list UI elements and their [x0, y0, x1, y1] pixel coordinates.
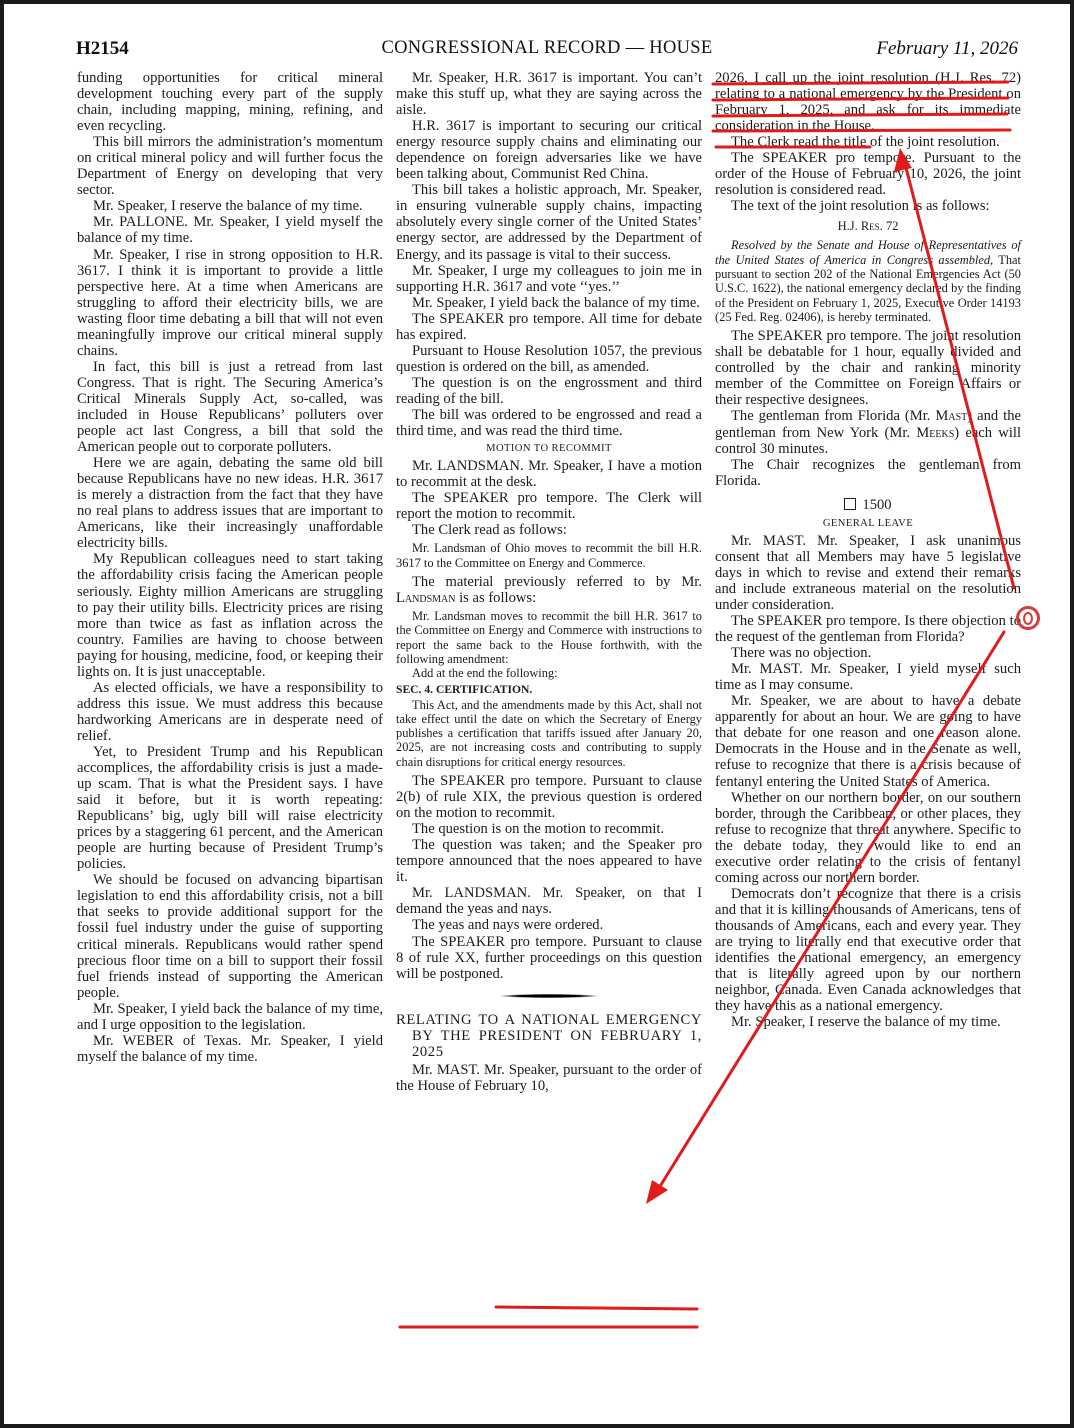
- resolution-text: Resolved by the Senate and House of Repr…: [715, 238, 1021, 324]
- paragraph: Democrats don’t recognize that there is …: [715, 886, 1021, 1014]
- paragraph: This bill mirrors the administration’s m…: [77, 134, 383, 198]
- paragraph: Mr. LANDSMAN. Mr. Speaker, I have a moti…: [396, 458, 702, 490]
- paragraph: The SPEAKER pro tempore. The Clerk will …: [396, 490, 702, 522]
- paragraph: Mr. Speaker, I yield back the balance of…: [77, 1001, 383, 1033]
- paragraph: Mr. Speaker, I rise in strong opposition…: [77, 247, 383, 359]
- paragraph: In fact, this bill is just a retread fro…: [77, 359, 383, 455]
- paragraph: We should be focused on advancing bipart…: [77, 872, 383, 1000]
- paragraph: The text of the joint resolution is as f…: [715, 198, 1021, 214]
- paragraph: Mr. Speaker, I reserve the balance of my…: [715, 1014, 1021, 1030]
- paragraph: The SPEAKER pro tempore. The joint resol…: [715, 328, 1021, 408]
- paragraph: Mr. Speaker, I yield back the balance of…: [396, 295, 702, 311]
- paragraph: Mr. Speaker, we are about to have a deba…: [715, 693, 1021, 789]
- paragraph: The yeas and nays were ordered.: [396, 917, 702, 933]
- material-referred-paragraph: The material previously referred to by M…: [396, 574, 702, 606]
- amendment-instructions: Mr. Landsman moves to recommit the bill …: [396, 609, 702, 666]
- paragraph: Mr. Speaker, I urge my colleagues to joi…: [396, 263, 702, 295]
- paragraph: My Republican colleagues need to start t…: [77, 551, 383, 679]
- paragraph: The Clerk read as follows:: [396, 522, 702, 538]
- time-stamp-value: 1500: [862, 497, 891, 513]
- paragraph: Mr. PALLONE. Mr. Speaker, I yield myself…: [77, 214, 383, 246]
- paragraph: Here we are again, debating the same old…: [77, 455, 383, 551]
- column-3: 2026, I call up the joint resolution (H.…: [715, 70, 1021, 1030]
- paragraph: Pursuant to House Resolution 1057, the p…: [396, 343, 702, 375]
- paragraph: The bill was ordered to be engrossed and…: [396, 407, 702, 439]
- section-heading-certification: SEC. 4. CERTIFICATION.: [396, 682, 702, 698]
- text-span: H.J.: [838, 219, 861, 233]
- page-header: H2154 CONGRESSIONAL RECORD — HOUSE Febru…: [76, 38, 1018, 64]
- member-name: Meeks: [916, 425, 954, 441]
- paragraph: The SPEAKER pro tempore. All time for de…: [396, 311, 702, 343]
- paragraph: Whether on our northern border, on our s…: [715, 790, 1021, 886]
- enacting-clause: Resolved by the Senate and House of Repr…: [715, 238, 1021, 266]
- paragraph: Mr. MAST. Mr. Speaker, I ask unanimous c…: [715, 533, 1021, 613]
- text-span: . 72: [880, 219, 899, 233]
- paragraph: This bill takes a holistic approach, Mr.…: [396, 182, 702, 262]
- amendment-add-line: Add at the end the following:: [396, 666, 702, 680]
- document-page: H2154 CONGRESSIONAL RECORD — HOUSE Febru…: [4, 4, 1070, 1424]
- section-heading-national-emergency: RELATING TO A NATIONAL EMERGENCY BY THE …: [396, 1012, 702, 1060]
- paragraph: As elected officials, we have a responsi…: [77, 680, 383, 744]
- paragraph: The Chair recognizes the gentleman from …: [715, 457, 1021, 489]
- column-2: Mr. Speaker, H.R. 3617 is important. You…: [396, 70, 702, 1094]
- paragraph: Yet, to President Trump and his Republic…: [77, 744, 383, 872]
- column-1: funding opportunities for critical miner…: [77, 70, 383, 1065]
- paragraph: Mr. WEBER of Texas. Mr. Speaker, I yield…: [77, 1033, 383, 1065]
- paragraph: Mr. Speaker, I reserve the balance of my…: [77, 198, 383, 214]
- text-span: Res: [861, 219, 880, 233]
- member-name: Landsman: [396, 590, 455, 606]
- clerk-reading: Mr. Landsman of Ohio moves to recommit t…: [396, 541, 702, 570]
- text-span: The gentleman from Florida (Mr.: [731, 408, 935, 424]
- member-name: Mast: [935, 408, 967, 424]
- target-circle-inner: [1023, 612, 1033, 625]
- general-leave-heading: GENERAL LEAVE: [715, 516, 1021, 532]
- publication-date: February 11, 2026: [876, 38, 1018, 60]
- motion-to-recommit-heading: MOTION TO RECOMMIT: [396, 441, 702, 457]
- time-stamp: 1500: [715, 497, 1021, 513]
- resolution-title: H.J. Res. 72: [715, 218, 1021, 234]
- paragraph: H.R. 3617 is important to securing our c…: [396, 118, 702, 182]
- paragraph: The SPEAKER pro tempore. Pursuant to cla…: [396, 773, 702, 821]
- paragraph: The question is on the engrossment and t…: [396, 375, 702, 407]
- mast-opening-paragraph: Mr. MAST. Mr. Speaker, pursuant to the o…: [396, 1062, 702, 1094]
- paragraph: The SPEAKER pro tempore. Is there object…: [715, 613, 1021, 645]
- paragraph: The question was taken; and the Speaker …: [396, 837, 702, 885]
- paragraph: funding opportunities for critical miner…: [77, 70, 383, 134]
- paragraph: There was no objection.: [715, 645, 1021, 661]
- paragraph: Mr. LANDSMAN. Mr. Speaker, on that I dem…: [396, 885, 702, 917]
- paragraph: Mr. MAST. Mr. Speaker, I yield myself su…: [715, 661, 1021, 693]
- paragraph: The Clerk read the title of the joint re…: [715, 134, 1021, 150]
- paragraph: Mr. Speaker, H.R. 3617 is important. You…: [396, 70, 702, 118]
- target-circle-icon: [1016, 606, 1040, 630]
- text-span: The material previously referred to by M…: [412, 574, 702, 590]
- paragraph: The SPEAKER pro tempore. Pursuant to the…: [715, 150, 1021, 198]
- checkbox-square-icon: [844, 498, 856, 510]
- certification-text: This Act, and the amendments made by thi…: [396, 698, 702, 769]
- mast-continued-paragraph: 2026, I call up the joint resolution (H.…: [715, 70, 1021, 134]
- gentleman-paragraph: The gentleman from Florida (Mr. Mast) an…: [715, 408, 1021, 456]
- section-divider: [499, 994, 599, 998]
- paragraph: The question is on the motion to recommi…: [396, 821, 702, 837]
- paragraph: The SPEAKER pro tempore. Pursuant to cla…: [396, 934, 702, 982]
- text-span: is as follows:: [455, 590, 536, 606]
